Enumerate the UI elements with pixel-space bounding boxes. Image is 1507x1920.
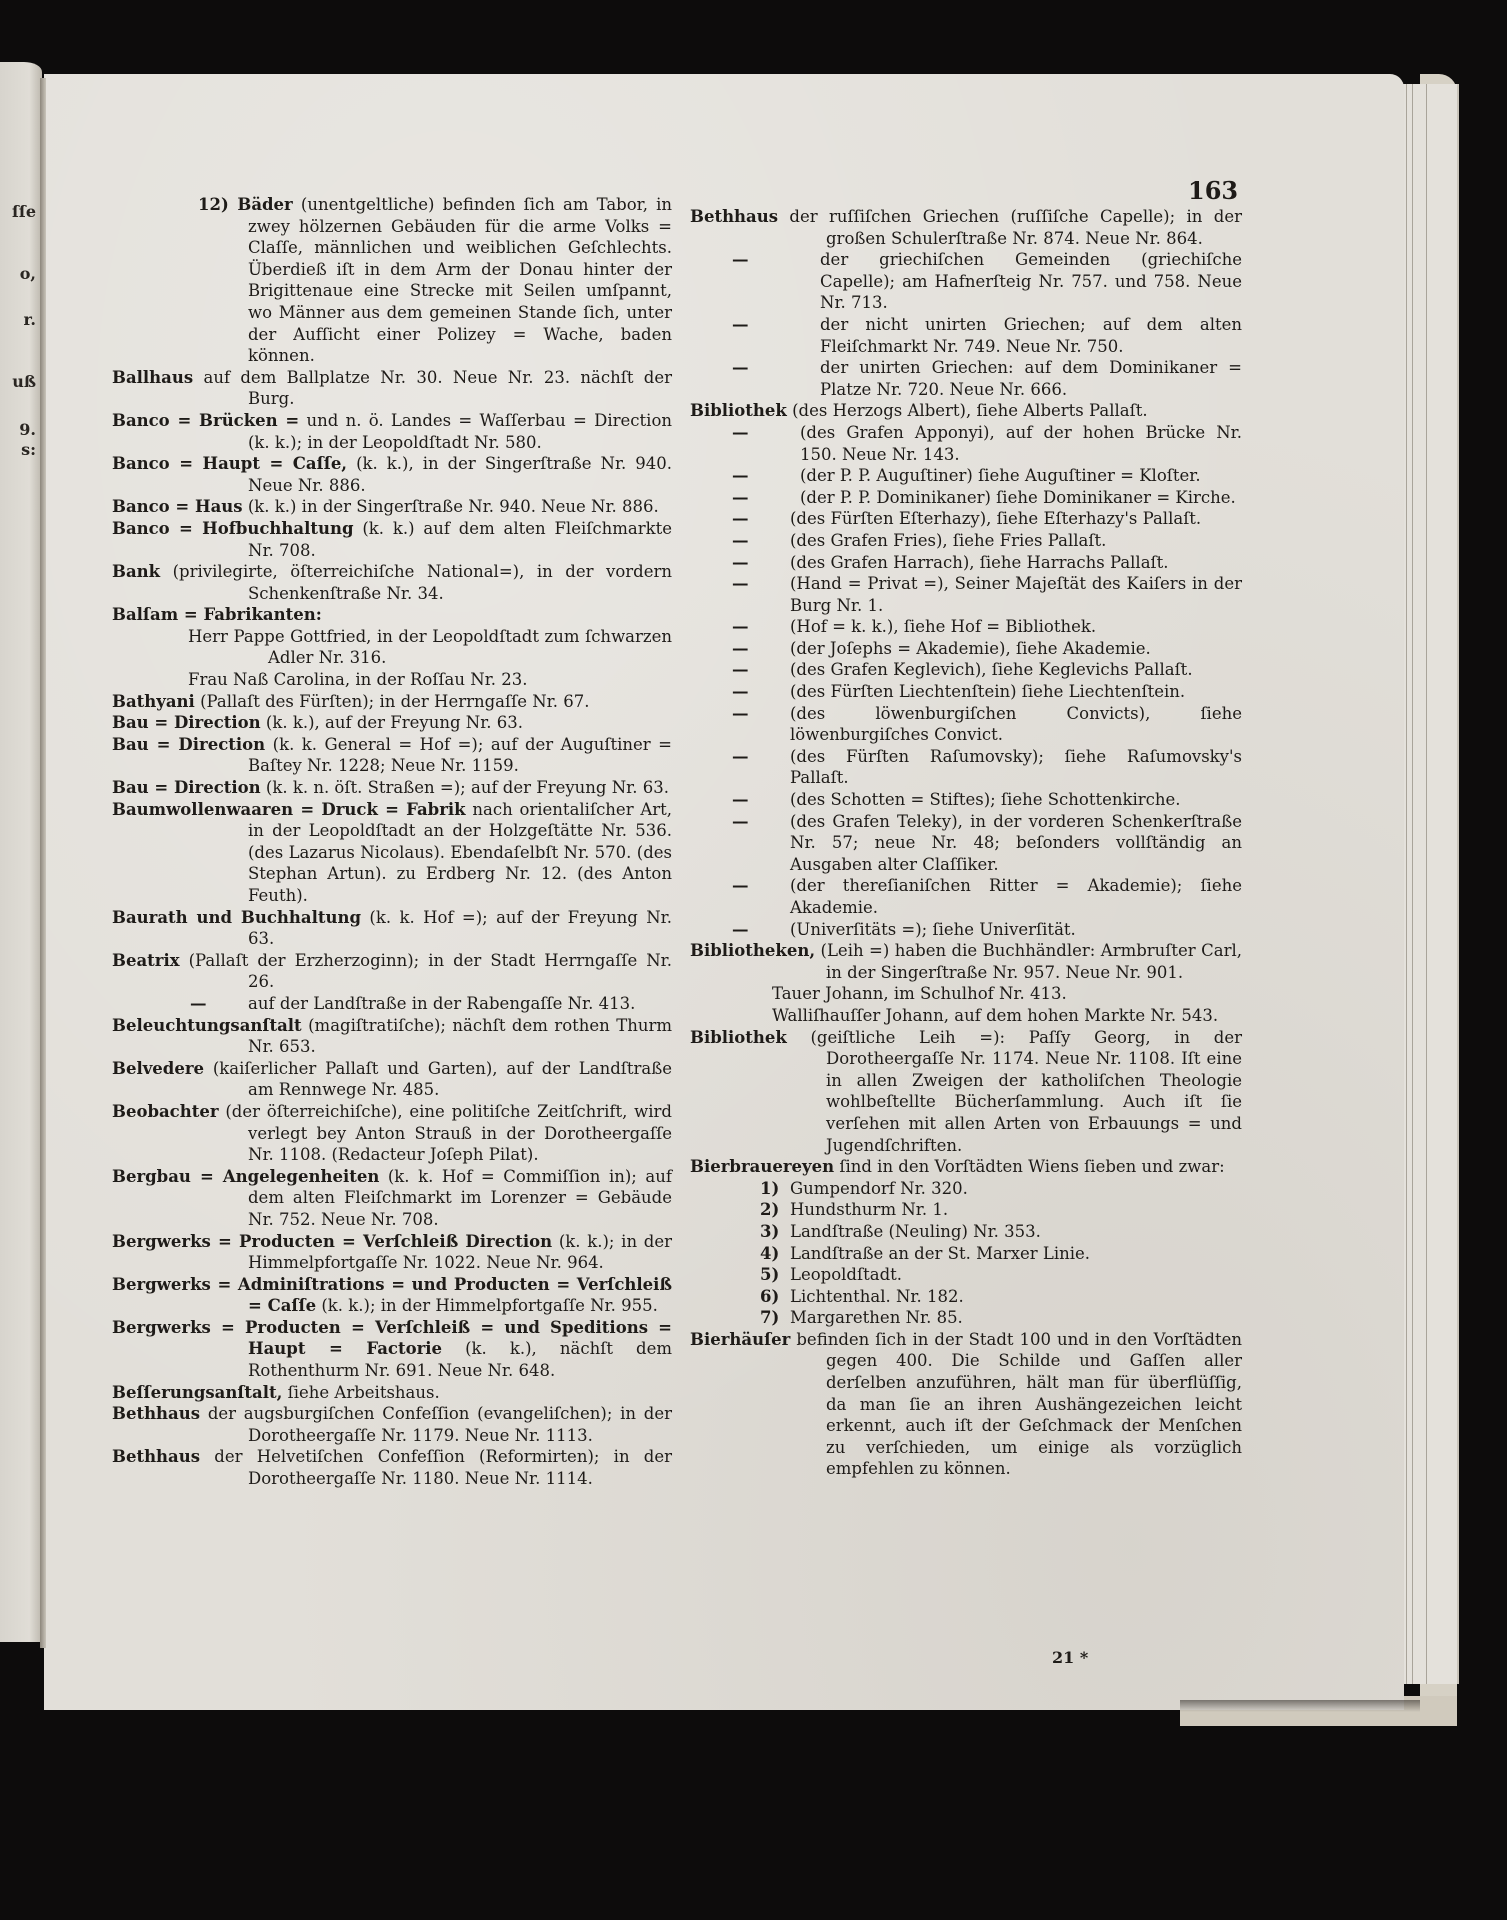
list-number: 3) [760, 1221, 790, 1243]
entry-text: Tauer Johann, im Schulhof Nr. 413. [772, 984, 1067, 1003]
entry: Bierbrauereyen ſind in den Vorſtädten Wi… [690, 1156, 1242, 1178]
entry: Banco = Haupt = Caſſe, (k. k.), in der S… [112, 453, 672, 496]
list-number: 7) [760, 1307, 790, 1329]
entry-head: Banco = Hofbuchhaltung [112, 519, 354, 538]
entry-text: (des löwenburgiſchen Convicts), ſiehe lö… [790, 704, 1242, 745]
previous-page-fragment: r. [23, 310, 36, 329]
dash-mark: — [732, 552, 749, 574]
entry-text: (des Grafen Apponyi), auf der hohen Brüc… [800, 423, 1242, 464]
entry: Bau = Direction (k. k.), auf der Freyung… [112, 712, 672, 734]
list-number: 2) [760, 1199, 790, 1221]
list-text: Gumpendorf Nr. 320. [790, 1179, 968, 1198]
entry-text: (k. k. General = Hof =); auf der Auguſti… [248, 735, 672, 776]
entry-text: (Hand = Privat =), Seiner Majeſtät des K… [790, 574, 1242, 615]
entry-text: (des Grafen Harrach), ſiehe Harrachs Pal… [790, 553, 1169, 572]
entry-text: (unentgeltliche) befinden ſich am Tabor, [301, 195, 648, 214]
entry-head: Bergwerks = Producten = Verſchleiß Direc… [112, 1232, 552, 1251]
entry-continuation: —(Hand = Privat =), Seiner Majeſtät des … [690, 573, 1242, 616]
entry: Beobachter (der öſterreichiſche), eine p… [112, 1101, 672, 1166]
entry-text: Frau Naß Carolina, in der Roſſau Nr. 23. [188, 670, 528, 689]
entry: Bathyani (Pallaſt des Fürſten); in der H… [112, 691, 672, 713]
entry: Bergwerks = Producten = Verſchleiß Direc… [112, 1231, 672, 1274]
entry-sub: Walliſhauſſer Johann, auf dem hohen Mark… [690, 1005, 1242, 1027]
entry-text: (magiſtratiſche); nächſt dem rothen Thur… [248, 1016, 672, 1057]
entry-text: (Hof = k. k.), ſiehe Hof = Bibliothek. [790, 617, 1096, 636]
left-column: 12) Bäder (unentgeltliche) befinden ſich… [112, 194, 672, 1490]
entry-continuation: —(der P. P. Dominikaner) ſiehe Dominikan… [690, 487, 1242, 509]
entry: Beleuchtungsanſtalt (magiſtratiſche); nä… [112, 1015, 672, 1058]
page-shadow [1180, 1700, 1420, 1712]
entry-text: (des Grafen Keglevich), ſiehe Keglevichs… [790, 660, 1193, 679]
previous-page-fragment: uß [12, 372, 36, 391]
entry-text: (des Fürſten Eſterhazy), ſiehe Eſterhazy… [790, 509, 1201, 528]
entry-text: (der öſterreichiſche), eine politiſche Z… [225, 1102, 672, 1164]
previous-page-fragment: o, [20, 264, 36, 283]
entry-continuation: —(des Fürſten Raſumovsky); ſiehe Raſumov… [690, 746, 1242, 789]
dash-mark: — [732, 465, 749, 487]
entry-text: in zwey hölzernen Gebäuden für die arme … [248, 195, 672, 365]
entry-head: Beleuchtungsanſtalt [112, 1016, 302, 1035]
dash-mark: — [732, 422, 749, 444]
entry-head: Banco = Haus [112, 497, 243, 516]
list-item: 3)Landſtraße (Neuling) Nr. 353. [690, 1221, 1242, 1243]
entry-continuation: —(der P. P. Auguſtiner) ſiehe Auguſtiner… [690, 465, 1242, 487]
list-item: 2)Hundsthurm Nr. 1. [690, 1199, 1242, 1221]
entry-text: der nicht unirten Griechen; auf dem alte… [820, 315, 1242, 356]
entry: Bethhaus der Helvetiſchen Confeſſion (Re… [112, 1446, 672, 1489]
dash-mark: — [732, 703, 749, 725]
dash-mark: — [732, 681, 749, 703]
list-text: Margarethen Nr. 85. [790, 1308, 963, 1327]
list-item: 1)Gumpendorf Nr. 320. [690, 1178, 1242, 1200]
dash-mark: — [732, 638, 749, 660]
entry-text: und n. ö. Landes = Waſſerbau = Direction… [248, 411, 672, 452]
entry-text: auf der Landſtraße in der Rabengaſſe Nr.… [248, 994, 635, 1013]
entry-continuation: —auf der Landſtraße in der Rabengaſſe Nr… [112, 993, 672, 1015]
entry-text: (des Fürſten Raſumovsky); ſiehe Raſumovs… [790, 747, 1242, 788]
entry-text: der unirten Griechen: auf dem Dominikane… [820, 358, 1242, 399]
entry-text: (der P. P. Auguſtiner) ſiehe Auguſtiner … [800, 466, 1201, 485]
entry-sub: Herr Pappe Gottfried, in der Leopoldſtad… [112, 626, 672, 669]
entry-text: (der thereſianiſchen Ritter = Akademie);… [790, 876, 1242, 917]
entry: Bau = Direction (k. k. n. öſt. Straßen =… [112, 777, 672, 799]
entry: Bergwerks = Adminiſtrations = und Produc… [112, 1274, 672, 1317]
entry-text: (Pallaſt der Erzherzoginn); in der Stadt… [189, 951, 672, 992]
entry-continuation: —(des Fürſten Eſterhazy), ſiehe Eſterhaz… [690, 508, 1242, 530]
entry-text: (k. k.), auf der Freyung Nr. 63. [266, 713, 523, 732]
entry-text: (Univerſitäts =); ſiehe Univerſität. [790, 920, 1076, 939]
dash-mark: — [732, 487, 749, 509]
entry: Bibliotheken, (Leih =) haben die Buchhän… [690, 940, 1242, 983]
dash-mark: — [732, 508, 749, 530]
entry-head: Banco = Brücken = [112, 411, 299, 430]
list-text: Landſtraße an der St. Marxer Linie. [790, 1244, 1090, 1263]
entry: Banco = Brücken = und n. ö. Landes = Waſ… [112, 410, 672, 453]
book-gutter [40, 78, 46, 1648]
dash-mark: — [732, 314, 749, 336]
entry-text: (des Herzogs Albert), ſiehe Alberts Pall… [792, 401, 1148, 420]
dash-mark: — [732, 530, 749, 552]
entry: Bethhaus der augsburgiſchen Confeſſion (… [112, 1403, 672, 1446]
dash-mark: — [732, 659, 749, 681]
entry-continuation: —der griechiſchen Gemeinden (griechiſche… [690, 249, 1242, 314]
entry: Beſſerungsanſtalt, ſiehe Arbeitshaus. [112, 1382, 672, 1404]
entry-continuation: —(des Grafen Apponyi), auf der hohen Brü… [690, 422, 1242, 465]
entry-text: Herr Pappe Gottfried, in der Leopoldſtad… [188, 627, 672, 668]
previous-page-fragment: ſſe [12, 202, 36, 221]
entry-text: (kaiſerlicher Pallaſt und Garten), auf d… [213, 1059, 672, 1100]
numbered-list: 1)Gumpendorf Nr. 320. 2)Hundsthurm Nr. 1… [690, 1178, 1242, 1329]
dash-mark: — [732, 919, 749, 941]
entry-continuation: —(des Grafen Harrach), ſiehe Harrachs Pa… [690, 552, 1242, 574]
entry-head: Balſam = Fabrikanten: [112, 605, 322, 624]
entry-continuation: —(der Joſephs = Akademie), ſiehe Akademi… [690, 638, 1242, 660]
entry-text: (k. k. n. öſt. Straßen =); auf der Freyu… [266, 778, 669, 797]
entry-text: (k. k.) in der Singerſtraße Nr. 940. Neu… [248, 497, 659, 516]
entry-head: Bau = Direction [112, 735, 265, 754]
list-number: 1) [760, 1178, 790, 1200]
right-column: Bethhaus der ruſſiſchen Griechen (ruſſiſ… [690, 206, 1242, 1480]
dash-mark: — [732, 789, 749, 811]
list-text: Hundsthurm Nr. 1. [790, 1200, 948, 1219]
entry-sub: Tauer Johann, im Schulhof Nr. 413. [690, 983, 1242, 1005]
entry: Bierhäuſer befinden ſich in der Stadt 10… [690, 1329, 1242, 1480]
dash-mark: — [732, 573, 749, 595]
dash-mark: — [732, 875, 749, 897]
list-text: Landſtraße (Neuling) Nr. 353. [790, 1222, 1041, 1241]
list-item: 5)Leopoldſtadt. [690, 1264, 1242, 1286]
entry-text: der augsburgiſchen Confeſſion (evangeliſ… [208, 1404, 672, 1445]
entry-continuation: —(des Grafen Keglevich), ſiehe Keglevich… [690, 659, 1242, 681]
entry-continuation: —(des Grafen Telekу), in der vorderen Sc… [690, 811, 1242, 876]
entry-head: 12) Bäder [198, 195, 293, 214]
entry-head: Bethhaus [690, 207, 778, 226]
entry-text: (Leih =) haben die Buchhändler: Armbruſt… [821, 941, 1242, 982]
entry: Bau = Direction (k. k. General = Hof =);… [112, 734, 672, 777]
entry: Banco = Haus (k. k.) in der Singerſtraße… [112, 496, 672, 518]
entry-continuation: —(des Grafen Fries), ſiehe Fries Pallaſt… [690, 530, 1242, 552]
entry-head: Baurath und Buchhaltung [112, 908, 361, 927]
entry-continuation: —(des Schotten = Stiftes); ſiehe Schotte… [690, 789, 1242, 811]
list-text: Lichtenthal. Nr. 182. [790, 1287, 964, 1306]
entry-text: (des Fürſten Liechtenſtein) ſiehe Liecht… [790, 682, 1185, 701]
dash-mark: — [732, 616, 749, 638]
entry-head: Beatrix [112, 951, 180, 970]
list-text: Leopoldſtadt. [790, 1265, 902, 1284]
dash-mark: — [732, 357, 749, 379]
list-item: 4)Landſtraße an der St. Marxer Linie. [690, 1243, 1242, 1265]
entry: Bibliothek (des Herzogs Albert), ſiehe A… [690, 400, 1242, 422]
entry-text: befinden ſich in der Stadt 100 und in de… [796, 1330, 1242, 1479]
entry: Bethhaus der ruſſiſchen Griechen (ruſſiſ… [690, 206, 1242, 249]
entry: Banco = Hofbuchhaltung (k. k.) auf dem a… [112, 518, 672, 561]
entry-continuation: —der unirten Griechen: auf dem Dominikan… [690, 357, 1242, 400]
entry: Bergwerks = Producten = Verſchleiß = und… [112, 1317, 672, 1382]
entry-text: (Pallaſt des Fürſten); in der Herrngaſſe… [200, 692, 589, 711]
entry-head: Bau = Direction [112, 713, 261, 732]
entry-text: (der P. P. Dominikaner) ſiehe Dominikane… [800, 488, 1236, 507]
entry: Bibliothek (geiſtliche Leih =): Paſſy Ge… [690, 1027, 1242, 1157]
entry: Ballhaus auf dem Ballplatze Nr. 30. Neue… [112, 367, 672, 410]
entry: 12) Bäder (unentgeltliche) befinden ſich… [112, 194, 672, 367]
entry-text: (des Grafen Telekу), in der vorderen Sch… [790, 812, 1242, 874]
entry-head: Bibliothek [690, 401, 787, 420]
previous-page-fragment: 9. [19, 420, 36, 439]
list-number: 4) [760, 1243, 790, 1265]
entry-text: Walliſhauſſer Johann, auf dem hohen Mark… [772, 1006, 1218, 1025]
entry-head: Bibliothek [690, 1028, 787, 1047]
entry: Bergbau = Angelegenheiten (k. k. Hof = C… [112, 1166, 672, 1231]
entry-head: Bierhäuſer [690, 1330, 790, 1349]
entry-text: ſiehe Arbeitshaus. [288, 1383, 440, 1402]
entry-continuation: —(Hof = k. k.), ſiehe Hof = Bibliothek. [690, 616, 1242, 638]
entry-text: (geiſtliche Leih =): Paſſy Georg, in der… [810, 1028, 1242, 1155]
entry-head: Bergbau = Angelegenheiten [112, 1167, 379, 1186]
entry-head: Bau = Direction [112, 778, 261, 797]
entry-head: Ballhaus [112, 368, 193, 387]
dash-mark: — [732, 811, 749, 833]
entry: Baumwollenwaaren = Druck = Fabrik nach o… [112, 799, 672, 907]
entry: Bank (privilegirte, öſterreichiſche Nati… [112, 561, 672, 604]
entry: Belvedere (kaiſerlicher Pallaſt und Gart… [112, 1058, 672, 1101]
entry-continuation: —(Univerſitäts =); ſiehe Univerſität. [690, 919, 1242, 941]
entry-text: (des Grafen Fries), ſiehe Fries Pallaſt. [790, 531, 1106, 550]
entry-head: Bethhaus [112, 1447, 200, 1466]
entry-head: Bethhaus [112, 1404, 200, 1423]
list-number: 5) [760, 1264, 790, 1286]
entry-head: Beſſerungsanſtalt, [112, 1383, 282, 1402]
entry-sub: Frau Naß Carolina, in der Roſſau Nr. 23. [112, 669, 672, 691]
entry-text: der griechiſchen Gemeinden (griechiſche … [820, 250, 1242, 312]
entry-text: ſind in den Vorſtädten Wiens ſieben und … [839, 1157, 1224, 1176]
dash-mark: — [732, 746, 749, 768]
entry-text: der ruſſiſchen Griechen (ruſſiſche Capel… [789, 207, 1242, 248]
page-number: 163 [1188, 176, 1238, 205]
entry-text: (der Joſephs = Akademie), ſiehe Akademie… [790, 639, 1151, 658]
entry-head: Belvedere [112, 1059, 204, 1078]
entry: Baurath und Buchhaltung (k. k. Hof =); a… [112, 907, 672, 950]
list-item: 6)Lichtenthal. Nr. 182. [690, 1286, 1242, 1308]
list-number: 6) [760, 1286, 790, 1308]
entry-head: Bierbrauereyen [690, 1157, 834, 1176]
entry-text: (k. k.); in der Himmelpfortgaſſe Nr. 955… [321, 1296, 658, 1315]
entry-head: Banco = Haupt = Caſſe, [112, 454, 347, 473]
previous-page-fragment: s: [21, 440, 36, 459]
entry: Beatrix (Pallaſt der Erzherzoginn); in d… [112, 950, 672, 993]
entry-head: Baumwollenwaaren = Druck = Fabrik [112, 800, 466, 819]
entry-continuation: —(des Fürſten Liechtenſtein) ſiehe Liech… [690, 681, 1242, 703]
entry-continuation: —(des löwenburgiſchen Convicts), ſiehe l… [690, 703, 1242, 746]
entry-continuation: —der nicht unirten Griechen; auf dem alt… [690, 314, 1242, 357]
signature-mark: 21 * [1052, 1648, 1088, 1667]
entry-text: (des Schotten = Stiftes); ſiehe Schotten… [790, 790, 1181, 809]
entry: Balſam = Fabrikanten: [112, 604, 672, 626]
entry-text: (privilegirte, öſterreichiſche National=… [173, 562, 672, 603]
entry-head: Beobachter [112, 1102, 219, 1121]
entry-head: Bibliotheken, [690, 941, 815, 960]
list-item: 7)Margarethen Nr. 85. [690, 1307, 1242, 1329]
entry-text: der Helvetiſchen Confeſſion (Reformirten… [214, 1447, 672, 1488]
entry-head: Bathyani [112, 692, 195, 711]
previous-page-edge: ſſe o, r. uß 9. s: [0, 62, 42, 1642]
dash-mark: — [732, 249, 749, 271]
dash-mark: — [190, 993, 207, 1015]
entry-continuation: —(der thereſianiſchen Ritter = Akademie)… [690, 875, 1242, 918]
entry-head: Bank [112, 562, 160, 581]
entry-text: auf dem Ballplatze Nr. 30. Neue Nr. 23. … [203, 368, 672, 409]
